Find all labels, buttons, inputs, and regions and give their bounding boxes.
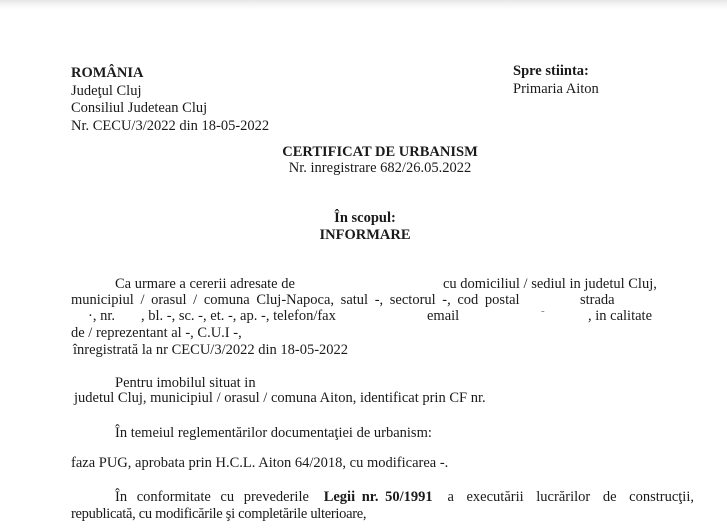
request-line-4: de / reprezentant al -, C.U.I -,: [71, 325, 242, 342]
certificate-registration: Nr. inregistrare 682/26.05.2022: [230, 160, 530, 176]
law-line-2: republicată, cu modificările şi completă…: [71, 506, 366, 523]
law-line-1b: a executării lucrărilor de construcţii,: [447, 489, 694, 506]
purpose-value: INFORMARE: [280, 227, 450, 244]
purpose-label: În scopul:: [280, 210, 450, 227]
recipient-block: Spre stiinta: Primaria Aiton: [513, 63, 599, 98]
request-line-2b: strada: [580, 292, 615, 309]
issuer-country: ROMÂNIA: [71, 65, 269, 83]
issuer-council: Consiliul Judetean Cluj: [71, 100, 269, 118]
request-line-3d: -: [541, 303, 545, 320]
certificate-header: CERTIFICAT DE URBANISM Nr. inregistrare …: [230, 144, 530, 176]
request-line-2a: municipiul / orasul / comuna Cluj-Napoca…: [71, 292, 520, 309]
recipient-heading: Spre stiinta:: [513, 63, 599, 81]
purpose-block: În scopul: INFORMARE: [280, 210, 450, 244]
plan-line-1: faza PUG, aprobata prin H.C.L. Aiton 64/…: [71, 455, 448, 472]
recipient-name: Primaria Aiton: [513, 81, 599, 99]
basis-line-1: În temeiul reglementărilor documentaţiei…: [115, 425, 432, 442]
request-line-3c: email: [427, 308, 459, 325]
page-top-shadow: [0, 0, 727, 10]
property-line-2: judetul Cluj, municipiul / orasul / comu…: [74, 390, 486, 407]
issuer-block: ROMÂNIA Judeţul Cluj Consiliul Judetean …: [71, 65, 269, 135]
law-reference: Legii nr. 50/1991: [324, 489, 433, 506]
request-line-1b: cu domiciliul / sediul in judetul Cluj,: [443, 276, 657, 293]
certificate-title: CERTIFICAT DE URBANISM: [230, 144, 530, 160]
request-line-1a: Ca urmare a cererii adresate de: [115, 276, 295, 293]
law-line-1: În conformitate cu prevederile Legii nr.…: [115, 489, 694, 506]
law-line-1a: În conformitate cu prevederile: [115, 489, 309, 506]
issuer-county: Judeţul Cluj: [71, 83, 269, 101]
request-line-3b: , bl. -, sc. -, et. -, ap. -, telefon/fa…: [141, 308, 336, 325]
request-line-3a: ·, nr.: [88, 308, 115, 325]
request-line-5: înregistrată la nr CECU/3/2022 din 18-05…: [73, 342, 348, 359]
issuer-reference: Nr. CECU/3/2022 din 18-05-2022: [71, 118, 269, 136]
request-line-3e: , in calitate: [588, 308, 652, 325]
